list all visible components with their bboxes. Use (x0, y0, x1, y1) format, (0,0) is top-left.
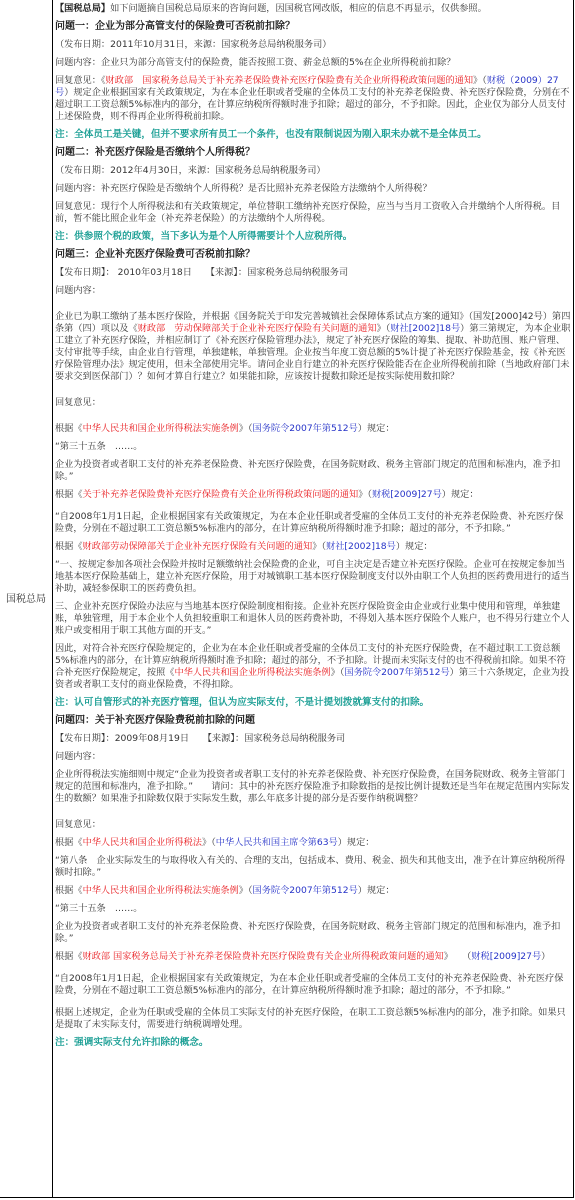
q3-quote2: “自2008年1月1日起，企业根据国家有关政策规定，为在本企业任职或者受雇的全体… (55, 511, 571, 535)
column-divider (52, 0, 53, 1197)
q4-quote1: “第八条 企业实际发生的与取得收入有关的、合理的支出，包括成本、费用、税金、损失… (55, 855, 571, 879)
q4-title: 问题四：关于补充医疗保险费税前扣除的问题 (55, 715, 571, 727)
q3-ref3-doc-link[interactable]: 财政部劳动保障部关于企业补充医疗保险有关问题的通知 (83, 541, 313, 552)
q2-note: 注：供参照个税的政策，当下多认为是个人所得需要计个人应税所得。 (55, 231, 571, 243)
q4-note: 注：强调实际支付允许扣除的概念。 (55, 1037, 571, 1049)
q4-content: 企业所得税法实施细则中规定“企业为投资者或者职工支付的补充养老保险费、补充医疗保… (55, 769, 571, 805)
q3-ref2-suffix: ）规定： (442, 489, 479, 500)
q4-quote2a: “第三十五条 ……。 (55, 903, 571, 915)
q3-content-label: 问题内容： (55, 285, 571, 297)
q3-quote3b: 三、企业补充医疗保险办法应与当地基本医疗保险制度相衔接。企业补充医疗保险资金由企… (55, 601, 571, 637)
q2-meta: （发布日期：2012年4月30日，来源：国家税务总局纳税服务司） (55, 165, 571, 177)
q3-ref1-prefix: 根据《 (55, 423, 83, 434)
q1-reply: 回复意见：《财政部 国家税务总局关于补充养老保险费补充医疗保险费有关企业所得税政… (55, 75, 571, 123)
q4-ref1-doc-link[interactable]: 中华人民共和国企业所得税法 (83, 837, 202, 848)
q4-ref3-prefix: 根据《 (55, 951, 83, 962)
q4-ref3-ref-link[interactable]: 财税[2009]27号 (471, 951, 541, 962)
q4-quote2b: 企业为投资者或者职工支付的补充养老保险费、补充医疗保险费，在国务院财政、税务主管… (55, 921, 571, 945)
q1-title: 问题一：企业为部分高管支付的保险费可否税前扣除？ (55, 21, 571, 33)
q4-ref2-prefix: 根据《 (55, 885, 83, 896)
q3-conclusion-ref-link[interactable]: 国务院令2007年第512号 (344, 667, 449, 678)
q3-content-doc-link[interactable]: 财政部 劳动保障部关于企业补充医疗保险有关问题的通知 (138, 323, 377, 334)
q3-ref1-doc-link[interactable]: 中华人民共和国企业所得税法实施条例 (83, 423, 239, 434)
q4-content-label: 问题内容： (55, 751, 571, 763)
q3-ref2-doc-link[interactable]: 关于补充养老保险费补充医疗保险费有关企业所得税政策问题的通知 (83, 489, 359, 500)
q4-ref3: 根据《财政部 国家税务总局关于补充养老保险费补充医疗保险费有关企业所得税政策问题… (55, 951, 571, 963)
q3-reply-label: 回复意见： (55, 397, 571, 409)
q4-ref2-ref-link[interactable]: 国务院令2007年第512号 (253, 885, 358, 896)
table-border-right (573, 0, 574, 1197)
q3-ref3-suffix: ）规定： (396, 541, 433, 552)
content-table: 国税总局 【国税总局】如下问题摘自国税总局原来的咨询问题，因国税官网改版，相应的… (0, 0, 574, 1198)
q3-quote3a: “一、按规定参加各项社会保险并按时足额缴纳社会保险费的企业，可自主决定是否建立补… (55, 559, 571, 595)
q4-ref1-ref-link[interactable]: 中华人民共和国主席令第63号 (216, 837, 338, 848)
q3-content-mid: 》（ (377, 323, 391, 334)
intro: 【国税总局】如下问题摘自国税总局原来的咨询问题，因国税官网改版，相应的信息不再显… (55, 3, 571, 15)
q2-title: 问题二：补充医疗保险是否缴纳个人所得税？ (55, 147, 571, 159)
q3-ref3-prefix: 根据《 (55, 541, 83, 552)
q3-quote1: “第三十五条 ……。 (55, 441, 571, 453)
q3-ref1: 根据《中华人民共和国企业所得税法实施条例》（国务院令2007年第512号）规定： (55, 423, 571, 435)
q1-note: 注：全体员工是关键，但并不要求所有员工一个条件，也没有限制说因为刚入职未办就不是… (55, 129, 571, 141)
qa-content-cell: 【国税总局】如下问题摘自国税总局原来的咨询问题，因国税官网改版，相应的信息不再显… (55, 3, 571, 1055)
q1-reply-doc-link[interactable]: 财政部 国家税务总局关于补充养老保险费补充医疗保险费有关企业所得税政策问题的通知 (106, 75, 474, 86)
intro-text: 如下问题摘自国税总局原来的咨询问题，因国税官网改版，相应的信息不再显示，仅供参照… (110, 3, 487, 14)
q3-ref2: 根据《关于补充养老保险费补充医疗保险费有关企业所得税政策问题的通知》（财税[20… (55, 489, 571, 501)
q3-quote1b: 企业为投资者或者职工支付的补充养老保险费、补充医疗保险费，在国务院财政、税务主管… (55, 459, 571, 483)
q3-ref1-suffix: ）规定： (358, 423, 395, 434)
q4-ref1-mid: 》（ (202, 837, 216, 848)
category-label: 国税总局 (6, 594, 46, 606)
category-cell: 国税总局 (0, 0, 52, 1197)
q3-ref3-ref-link[interactable]: 财社[2002]18号 (326, 541, 396, 552)
q4-ref2-suffix: ）规定： (358, 885, 395, 896)
q1-content: 问题内容：企业只为部分高管支付的保险费，能否按照工资、薪金总额的5%在企业所得税… (55, 57, 571, 69)
q3-conclusion-doc-link[interactable]: 中华人民共和国企业所得税法实施条例 (174, 667, 330, 678)
q4-ref2-doc-link[interactable]: 中华人民共和国企业所得税法实施条例 (83, 885, 239, 896)
q1-meta: （发布日期：2011年10月31日，来源：国家税务总局纳税服务司） (55, 39, 571, 51)
q4-meta: 【发布日期】：2009年08月19日 【来源】：国家税务总局纳税服务司 (55, 733, 571, 745)
q3-ref2-prefix: 根据《 (55, 489, 83, 500)
intro-tag: 【国税总局】 (55, 3, 110, 14)
q3-ref1-ref-link[interactable]: 国务院令2007年第512号 (253, 423, 358, 434)
q4-quote3: “自2008年1月1日起，企业根据国家有关政策规定，为在本企业任职或者受雇的全体… (55, 973, 571, 997)
q3-conclusion-mid: 》（ (331, 667, 345, 678)
q4-ref3-suffix: ） (541, 951, 550, 962)
q4-ref3-mid: 》 （ (444, 951, 472, 962)
q4-ref1-prefix: 根据《 (55, 837, 83, 848)
q3-conclusion: 因此，对符合补充医疗保险规定的，企业为在本企业任职或者受雇的全体员工支付的补充医… (55, 643, 571, 691)
q4-ref3-doc-link[interactable]: 财政部 国家税务总局关于补充养老保险费补充医疗保险费有关企业所得税政策问题的通知 (83, 951, 444, 962)
q3-content-ref-link[interactable]: 财社[2002]18号 (390, 323, 460, 334)
q1-reply-prefix: 回复意见：《 (55, 75, 106, 86)
q4-ref2: 根据《中华人民共和国企业所得税法实施条例》（国务院令2007年第512号）规定： (55, 885, 571, 897)
q4-ref1-suffix: ）规定： (338, 837, 375, 848)
q3-ref3-mid: 》（ (312, 541, 326, 552)
q3-ref1-mid: 》（ (239, 423, 253, 434)
q3-note: 注：认可自管形式的补充医疗管理，但认为应实际支付，不是计提划拨就算支付的扣除。 (55, 697, 571, 709)
q1-reply-rest: ）规定企业根据国家有关政策规定，为在本企业任职或者受雇的全体员工支付的补充养老保… (55, 87, 570, 122)
q2-content: 问题内容：补充医疗保险是否缴纳个人所得税？是否比照补充养老保险方法缴纳个人所得税… (55, 183, 571, 195)
q3-meta: 【发布日期】： 2010年03月18日 【来源】：国家税务总局纳税服务司 (55, 267, 571, 279)
q2-reply: 回复意见：现行个人所得税法和有关政策规定，单位替职工缴纳补充医疗保险，应当与当月… (55, 201, 571, 225)
q4-reply-label: 回复意见： (55, 819, 571, 831)
q4-ref2-mid: 》（ (239, 885, 253, 896)
q1-reply-mid: 》（ (473, 75, 487, 86)
q3-title: 问题三：企业补充医疗保险费可否税前扣除？ (55, 249, 571, 261)
q4-ref1: 根据《中华人民共和国企业所得税法》（中华人民共和国主席令第63号）规定： (55, 837, 571, 849)
q3-content: 企业已为职工缴纳了基本医疗保险，并根据《国务院关于印发完善城镇社会保障体系试点方… (55, 311, 571, 383)
q3-ref3: 根据《财政部劳动保障部关于企业补充医疗保险有关问题的通知》（财社[2002]18… (55, 541, 571, 553)
q3-ref2-ref-link[interactable]: 财税[2009]27号 (372, 489, 442, 500)
q4-conclusion: 根据上述规定，企业为任职或受雇的全体员工实际支付的补充医疗保险，在职工工资总额5… (55, 1007, 571, 1031)
q3-ref2-mid: 》（ (358, 489, 372, 500)
